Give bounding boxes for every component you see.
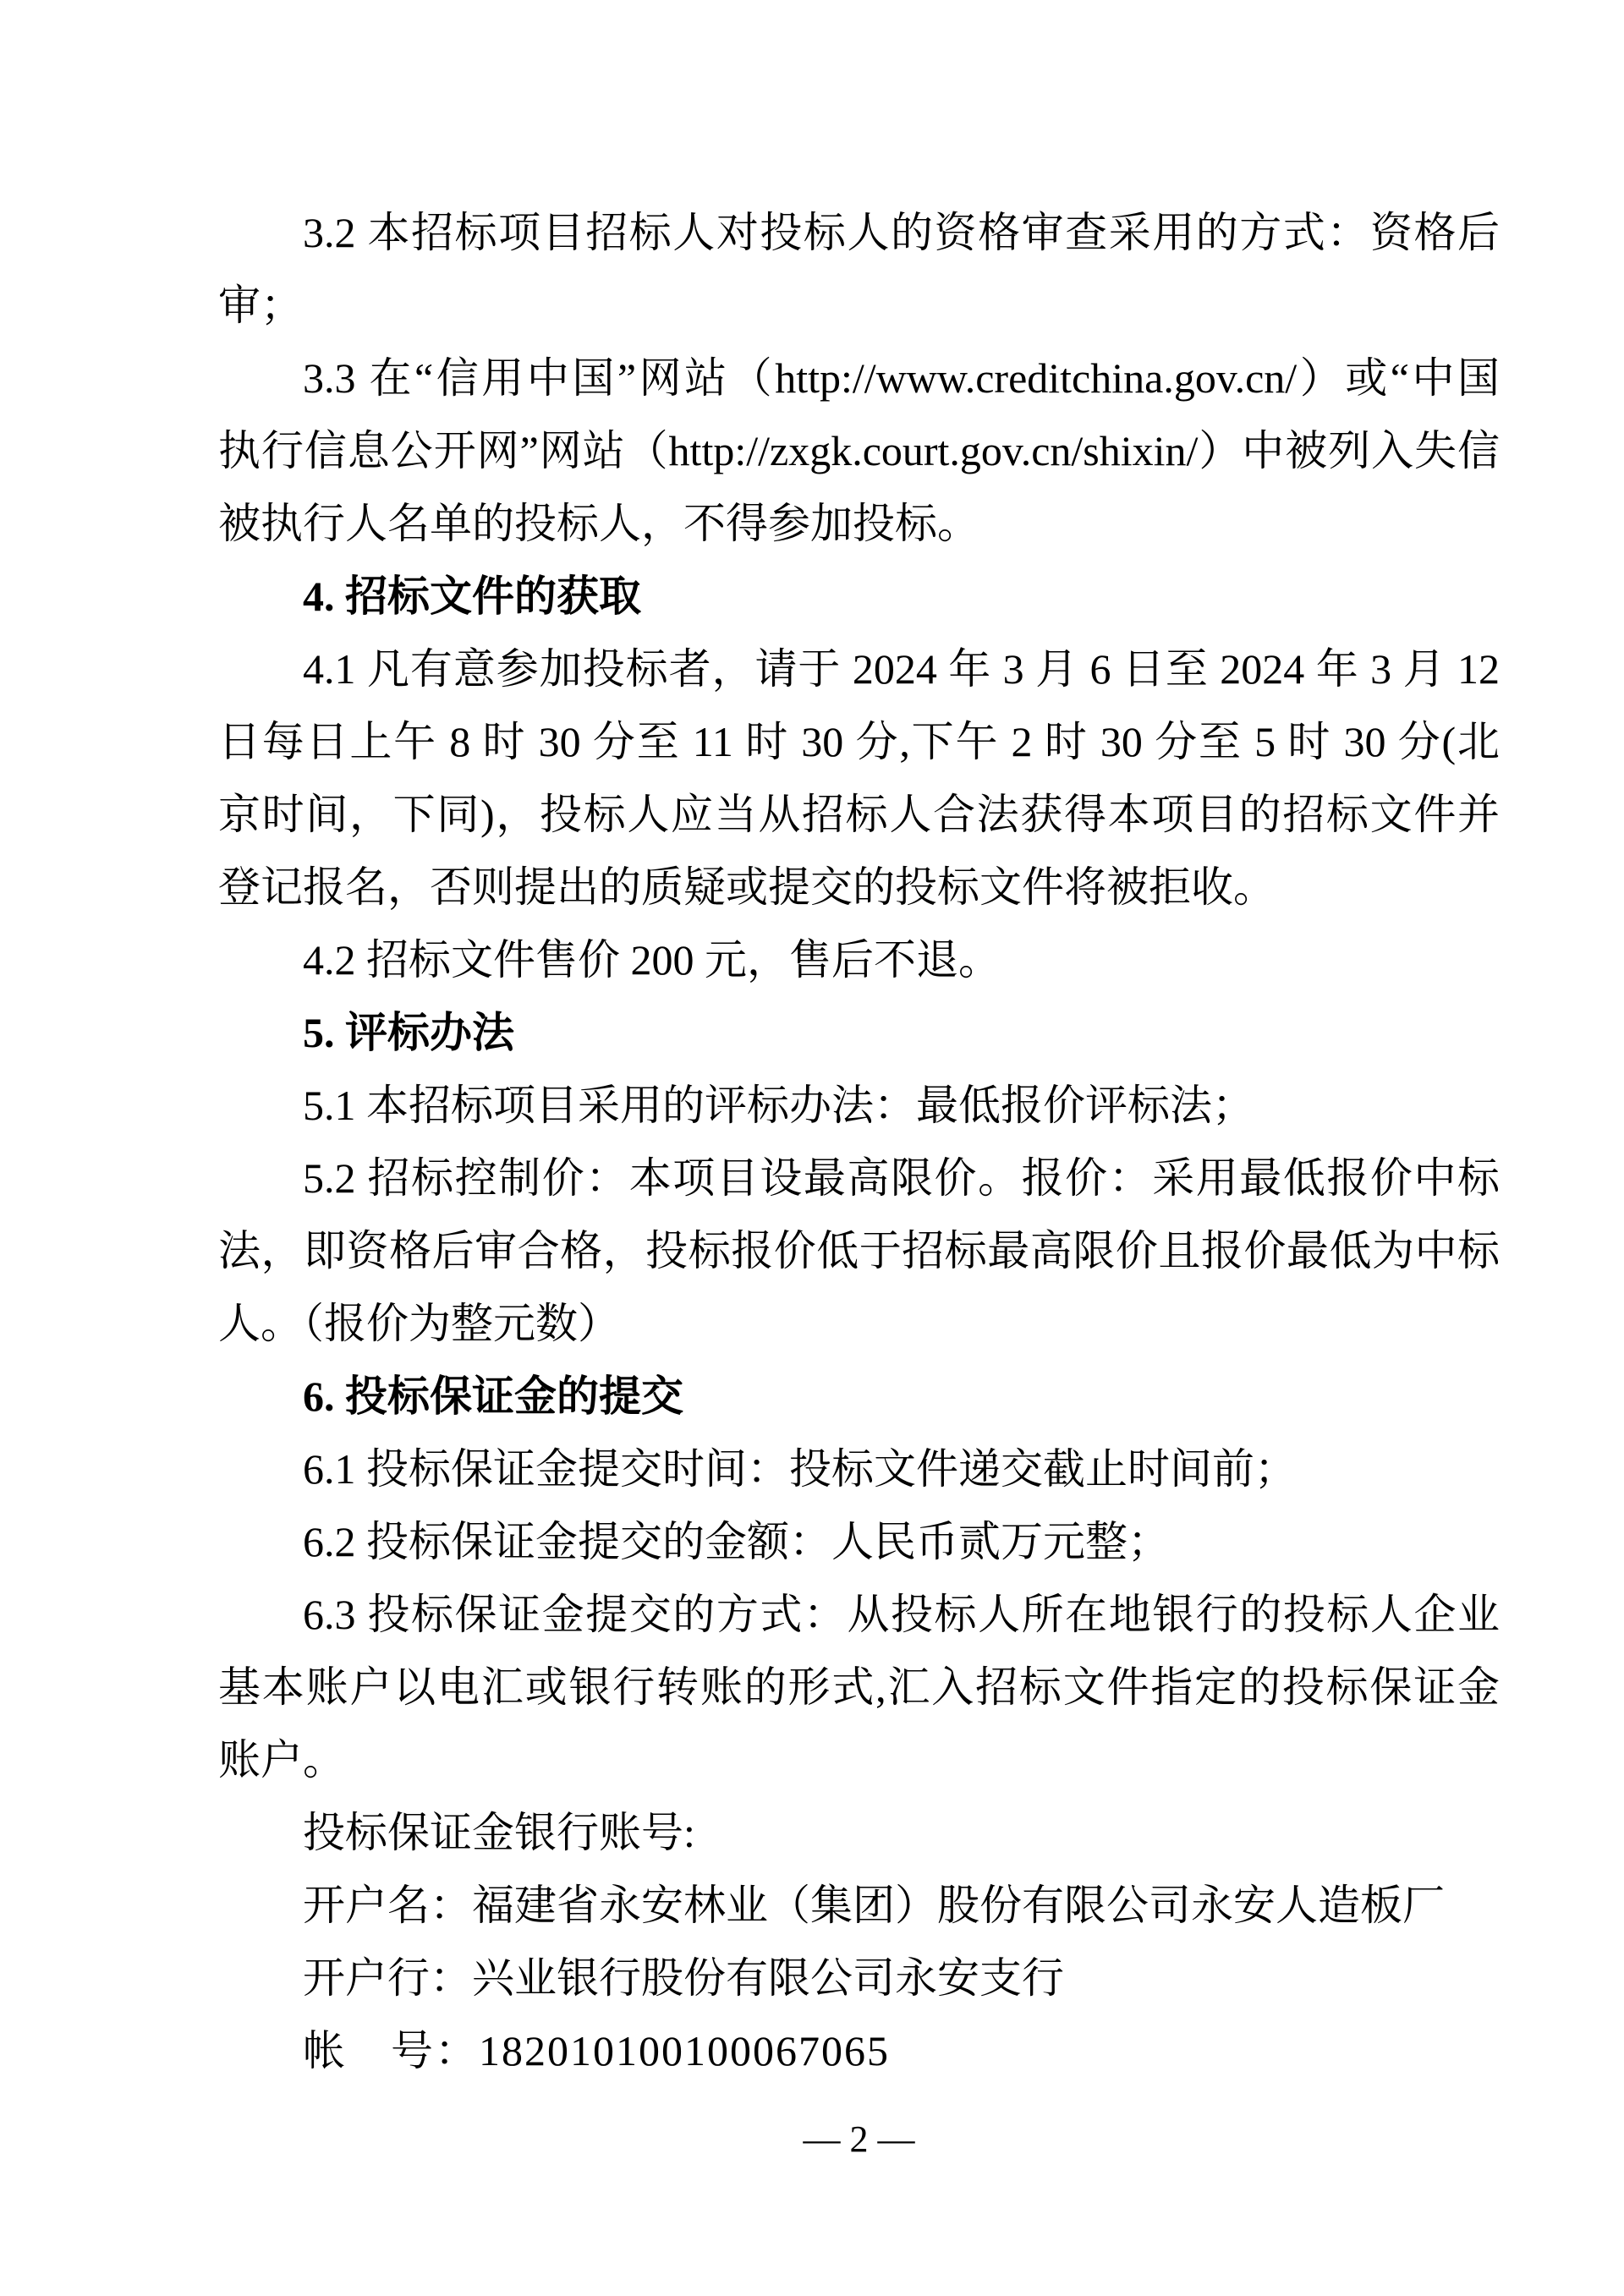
text-line: 被执行人名单的投标人，不得参加投标。: [218, 487, 1500, 560]
paragraph-account-holder-name: 开户名：福建省永安林业（集团）股份有限公司永安人造板厂: [218, 1869, 1500, 1942]
paragraph-heading-5: 5. 评标办法: [218, 996, 1500, 1069]
text-line: 账户。: [218, 1723, 1500, 1796]
paragraph-heading-6: 6. 投标保证金的提交: [218, 1360, 1500, 1433]
paragraph-heading-4: 4. 招标文件的获取: [218, 560, 1500, 633]
page-number: — 2 —: [804, 2118, 915, 2160]
paragraph-3-3: 3.3 在“信用中国”网站（http://www.creditchina.gov…: [218, 342, 1500, 560]
text-line: 法，即资格后审合格，投标报价低于招标最高限价且报价最低为中标: [218, 1214, 1500, 1287]
document-body: 3.2 本招标项目招标人对投标人的资格审查采用的方式：资格后审；3.3 在“信用…: [218, 196, 1500, 2087]
text-line: 登记报名，否则提出的质疑或提交的投标文件将被拒收。: [218, 851, 1500, 923]
text-line: 帐 号：182010100100067065: [218, 2014, 1500, 2087]
text-line: 6. 投标保证金的提交: [218, 1360, 1500, 1433]
text-line: 5. 评标办法: [218, 996, 1500, 1069]
paragraph-6-1: 6.1 投标保证金提交时间：投标文件递交截止时间前；: [218, 1433, 1500, 1505]
text-line: 4. 招标文件的获取: [218, 560, 1500, 633]
text-line: 6.2 投标保证金提交的金额：人民币贰万元整；: [218, 1505, 1500, 1578]
text-line: 日每日上午 8 时 30 分至 11 时 30 分,下午 2 时 30 分至 5…: [218, 705, 1500, 778]
paragraph-4-2: 4.2 招标文件售价 200 元，售后不退。: [218, 923, 1500, 996]
text-line: 审；: [218, 269, 1500, 342]
page-footer: — 2 —: [218, 2114, 1500, 2165]
text-line: 5.2 招标控制价：本项目设最高限价。报价：采用最低报价中标: [218, 1142, 1500, 1214]
paragraph-3-2: 3.2 本招标项目招标人对投标人的资格审查采用的方式：资格后审；: [218, 196, 1500, 342]
text-line: 3.3 在“信用中国”网站（http://www.creditchina.gov…: [218, 342, 1500, 414]
text-line: 投标保证金银行账号:: [218, 1796, 1500, 1869]
text-line: 京时间，下同)，投标人应当从招标人合法获得本项目的招标文件并: [218, 778, 1500, 851]
paragraph-account-number: 帐 号：182010100100067065: [218, 2014, 1500, 2087]
text-line: 4.1 凡有意参加投标者，请于 2024 年 3 月 6 日至 2024 年 3…: [218, 633, 1500, 705]
text-line: 6.1 投标保证金提交时间：投标文件递交截止时间前；: [218, 1433, 1500, 1505]
paragraph-5-1: 5.1 本招标项目采用的评标办法：最低报价评标法；: [218, 1069, 1500, 1142]
paragraph-6-2: 6.2 投标保证金提交的金额：人民币贰万元整；: [218, 1505, 1500, 1578]
paragraph-5-2: 5.2 招标控制价：本项目设最高限价。报价：采用最低报价中标法，即资格后审合格，…: [218, 1142, 1500, 1360]
text-line: 3.2 本招标项目招标人对投标人的资格审查采用的方式：资格后: [218, 196, 1500, 269]
text-line: 5.1 本招标项目采用的评标办法：最低报价评标法；: [218, 1069, 1500, 1142]
text-line: 开户名：福建省永安林业（集团）股份有限公司永安人造板厂: [218, 1869, 1500, 1942]
document-page: 3.2 本招标项目招标人对投标人的资格审查采用的方式：资格后审；3.3 在“信用…: [0, 0, 1624, 2296]
text-line: 4.2 招标文件售价 200 元，售后不退。: [218, 923, 1500, 996]
text-line: 人。（报价为整元数）: [218, 1287, 1500, 1360]
paragraph-4-1: 4.1 凡有意参加投标者，请于 2024 年 3 月 6 日至 2024 年 3…: [218, 633, 1500, 923]
text-line: 6.3 投标保证金提交的方式：从投标人所在地银行的投标人企业: [218, 1578, 1500, 1651]
paragraph-bank-account-title: 投标保证金银行账号:: [218, 1796, 1500, 1869]
text-line: 基本账户以电汇或银行转账的形式,汇入招标文件指定的投标保证金: [218, 1651, 1500, 1723]
paragraph-account-bank-branch: 开户行：兴业银行股份有限公司永安支行: [218, 1942, 1500, 2014]
text-line: 开户行：兴业银行股份有限公司永安支行: [218, 1942, 1500, 2014]
paragraph-6-3: 6.3 投标保证金提交的方式：从投标人所在地银行的投标人企业基本账户以电汇或银行…: [218, 1578, 1500, 1796]
text-line: 执行信息公开网”网站（http://zxgk.court.gov.cn/shix…: [218, 414, 1500, 487]
